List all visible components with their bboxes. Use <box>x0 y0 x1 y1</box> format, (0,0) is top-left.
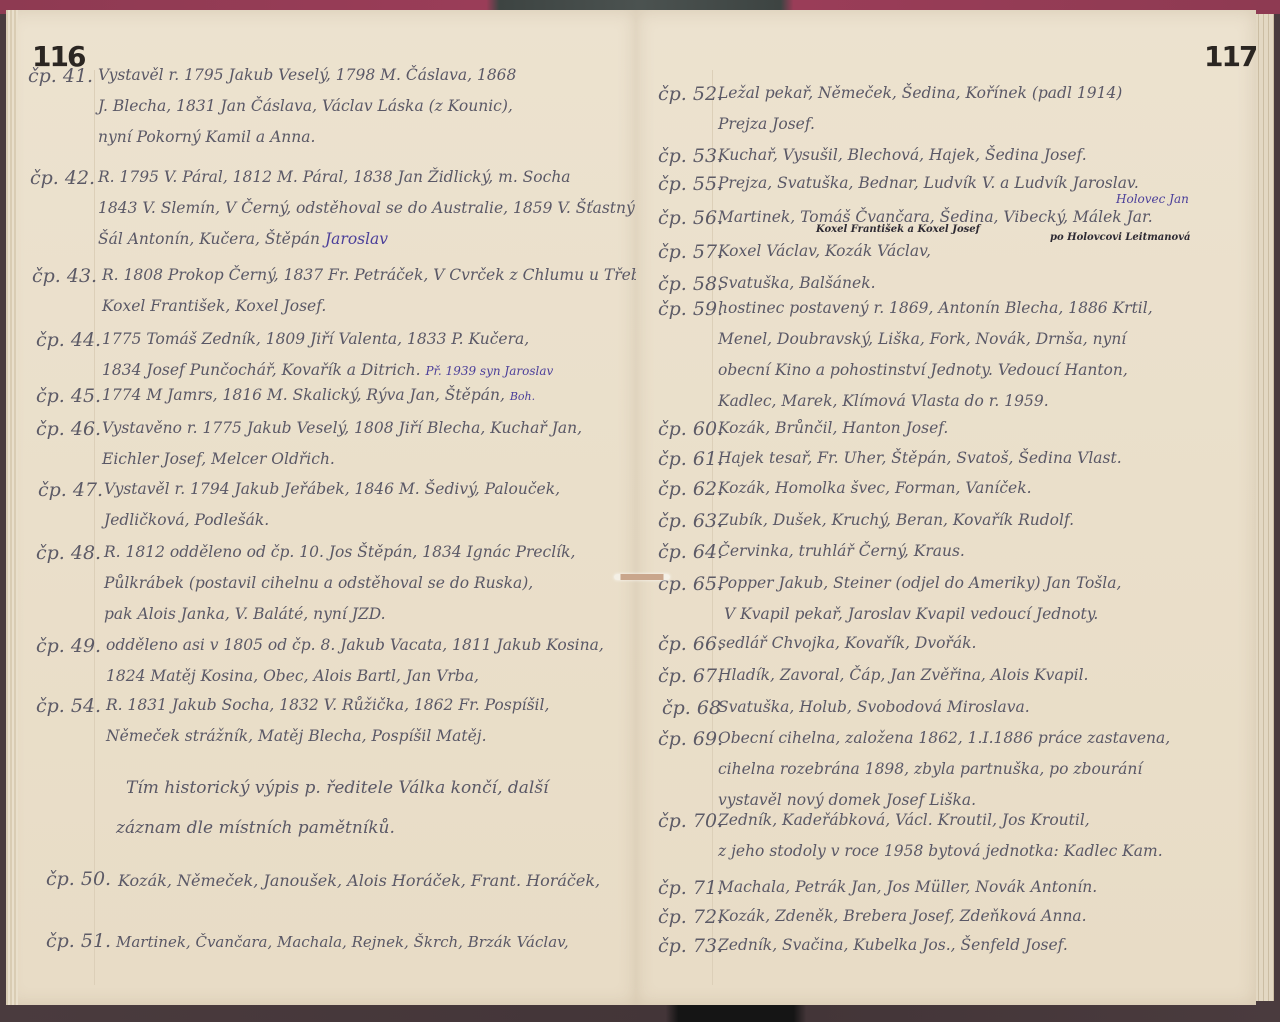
entry-text: Vystavěl r. 1795 Jakub Veselý, 1798 M. Č… <box>98 60 516 153</box>
house-number-label: čp. 70. <box>658 810 723 832</box>
entry-text: 1774 M Jamrs, 1816 M. Skalický, Rýva Jan… <box>102 380 535 412</box>
house-number-label: čp. 52. <box>658 83 723 105</box>
house-number-label: čp. 61. <box>658 448 723 470</box>
house-number-label: čp. 42. <box>30 167 95 189</box>
entry-text: Kuchař, Vysušil, Blechová, Hajek, Šedina… <box>718 140 1087 171</box>
house-number-label: čp. 43. <box>32 265 97 287</box>
house-number-label: čp. 71. <box>658 877 723 899</box>
house-number-label: čp. 69. <box>658 728 723 750</box>
later-addition-violet: Př. 1939 syn Jaroslav <box>425 364 553 378</box>
house-number-label: čp. 73. <box>658 935 723 957</box>
house-number-label: čp. 53. <box>658 145 723 167</box>
entry-text: Vystavěno r. 1775 Jakub Veselý, 1808 Jiř… <box>102 413 582 475</box>
entry-text: Popper Jakub, Steiner (odjel do Ameriky)… <box>718 568 1121 630</box>
entry-text: R. 1795 V. Páral, 1812 M. Páral, 1838 Ja… <box>98 162 635 255</box>
house-number-label: čp. 64. <box>658 541 723 563</box>
closing-note: Tím historický výpis p. ředitele Válka k… <box>116 768 549 848</box>
entry-text: Ležal pekař, Němeček, Šedina, Kořínek (p… <box>718 78 1122 140</box>
entry-text: R. 1812 odděleno od čp. 10. Jos Štěpán, … <box>104 537 575 630</box>
house-number-label: čp. 68 <box>662 697 721 719</box>
house-number-label: čp. 48. <box>36 542 101 564</box>
entry-text: Kozák, Brůnčil, Hanton Josef. <box>718 413 948 444</box>
right-page: 117 čp. 52. Ležal pekař, Němeček, Šedina… <box>636 10 1256 1005</box>
margin-rule <box>94 70 95 985</box>
entry-text: odděleno asi v 1805 od čp. 8. Jakub Vaca… <box>106 630 604 692</box>
house-number-label: čp. 49. <box>36 635 101 657</box>
house-number-label: čp. 63. <box>658 510 723 532</box>
house-number-label: čp. 45. <box>36 385 101 407</box>
house-number-label: čp. 67. <box>658 665 723 687</box>
entry-text: hostinec postavený r. 1869, Antonín Blec… <box>718 293 1153 417</box>
entry-text: Machala, Petrák Jan, Jos Müller, Novák A… <box>718 872 1097 903</box>
binding-staple <box>614 574 670 580</box>
house-number-label: čp. 57. <box>658 241 723 263</box>
later-addition-violet: Boh. <box>510 390 535 403</box>
house-number-label: čp. 44. <box>36 329 101 351</box>
entry-text: Kozák, Němeček, Janoušek, Alois Horáček,… <box>118 865 600 896</box>
entry-text: Zedník, Kadeřábková, Václ. Kroutil, Jos … <box>718 805 1163 867</box>
house-number-label: čp. 60. <box>658 418 723 440</box>
house-number-label: čp. 50. <box>46 868 111 890</box>
house-number-label: čp. 54. <box>36 695 101 717</box>
house-number-label: čp. 66. <box>658 633 723 655</box>
entry-text: Vystavěl r. 1794 Jakub Jeřábek, 1846 M. … <box>104 474 560 536</box>
entry-text: Martinek, Čvančara, Machala, Rejnek, Škr… <box>116 927 569 958</box>
house-number-label: čp. 47. <box>38 479 103 501</box>
entry-text: Obecní cihelna, založena 1862, 1.I.1886 … <box>718 723 1170 816</box>
page-number-right: 117 <box>1204 40 1256 73</box>
house-number-label: čp. 46. <box>36 418 101 440</box>
later-addition-violet: Jaroslav <box>325 230 388 248</box>
entry-text: Červinka, truhlář Černý, Kraus. <box>718 536 965 567</box>
later-addition-black: Koxel František a Koxel Josef <box>816 224 980 235</box>
entry-text: Koxel Václav, Kozák Václav, <box>718 236 931 267</box>
later-addition-black: po Holovcovi Leitmanová <box>1050 232 1191 243</box>
entry-text: Zubík, Dušek, Kruchý, Beran, Kovařík Rud… <box>718 505 1074 536</box>
entry-text: R. 1831 Jakub Socha, 1832 V. Růžička, 18… <box>106 690 549 752</box>
entry-text: Hajek tesař, Fr. Uher, Štěpán, Svatoš, Š… <box>718 443 1122 474</box>
house-number-label: čp. 51. <box>46 930 111 952</box>
house-number-label: čp. 59. <box>658 298 723 320</box>
entry-text: Zedník, Svačina, Kubelka Jos., Šenfeld J… <box>718 930 1068 961</box>
house-number-label: čp. 41. <box>28 65 93 87</box>
entry-text: Hladík, Zavoral, Čáp, Jan Zvěřina, Alois… <box>718 660 1088 691</box>
entry-text: Svatuška, Holub, Svobodová Miroslava. <box>718 692 1030 723</box>
entry-text: Kozák, Homolka švec, Forman, Vaníček. <box>718 473 1032 504</box>
house-number-label: čp. 72. <box>658 906 723 928</box>
left-page: 116 čp. 41. Vystavěl r. 1795 Jakub Vesel… <box>6 10 637 1005</box>
entry-text: sedlář Chvojka, Kovařík, Dvořák. <box>718 628 976 659</box>
entry-text: 1775 Tomáš Zedník, 1809 Jiří Valenta, 18… <box>102 324 553 387</box>
entry-text: R. 1808 Prokop Černý, 1837 Fr. Petráček,… <box>102 260 674 322</box>
entry-text: Prejza, Svatuška, Bednar, Ludvík V. a Lu… <box>718 168 1139 199</box>
house-number-label: čp. 56. <box>658 207 723 229</box>
house-number-label: čp. 58. <box>658 273 723 295</box>
entry-text: Kozák, Zdeněk, Brebera Josef, Zdeňková A… <box>718 901 1087 932</box>
house-number-label: čp. 62. <box>658 478 723 500</box>
house-number-label: čp. 55. <box>658 173 723 195</box>
later-addition-violet: Holovec Jan <box>1116 192 1189 206</box>
